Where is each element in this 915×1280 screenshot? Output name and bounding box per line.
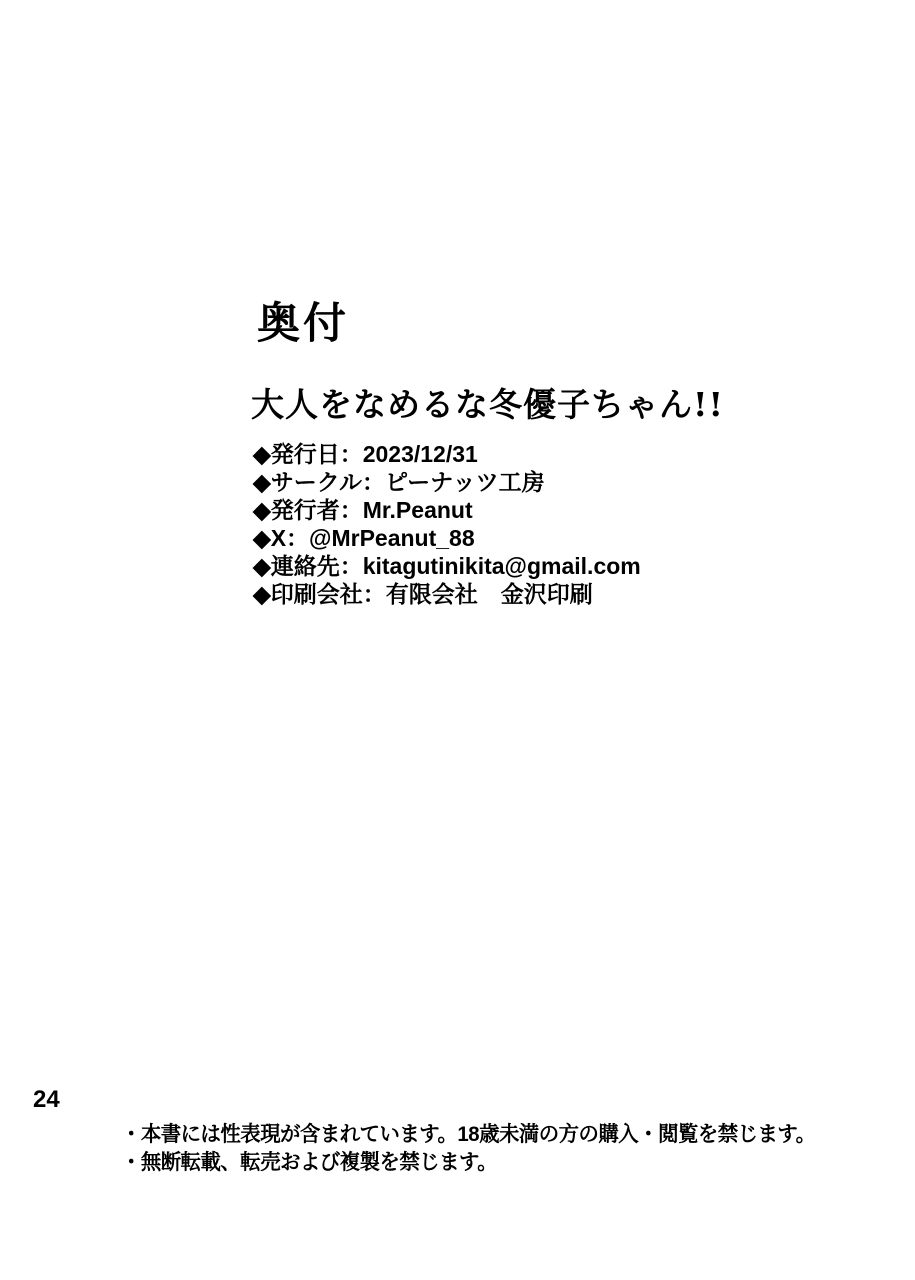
colophon-entry-publisher: ◆発行者：Mr.Peanut <box>253 496 641 524</box>
diamond-bullet-icon: ◆ <box>253 552 271 580</box>
diamond-bullet-icon: ◆ <box>253 580 271 608</box>
colophon-page: 奥付 大人をなめるな冬優子ちゃん!! ◆発行日：2023/12/31 ◆サークル… <box>0 0 915 1280</box>
colophon-heading: 奥付 <box>257 303 349 346</box>
colophon-entry-list: ◆発行日：2023/12/31 ◆サークル：ピーナッツ工房 ◆発行者：Mr.Pe… <box>253 440 641 608</box>
colophon-entry-x-account: ◆X：@MrPeanut_88 <box>253 524 641 552</box>
notice-adult-content: ・本書には性表現が含まれています。18歳未満の方の購入・閲覧を禁じます。 <box>121 1121 816 1149</box>
colophon-entry-text: 連絡先：kitagutinikita@gmail.com <box>271 553 641 579</box>
diamond-bullet-icon: ◆ <box>253 440 271 468</box>
diamond-bullet-icon: ◆ <box>253 468 271 496</box>
colophon-entry-printing-company: ◆印刷会社：有限会社 金沢印刷 <box>253 580 641 608</box>
book-title: 大人をなめるな冬優子ちゃん!! <box>251 387 724 423</box>
colophon-entry-text: X：@MrPeanut_88 <box>271 525 475 551</box>
footer-notices: ・本書には性表現が含まれています。18歳未満の方の購入・閲覧を禁じます。 ・無断… <box>121 1121 816 1176</box>
colophon-entry-text: サークル：ピーナッツ工房 <box>271 469 545 495</box>
colophon-entry-text: 印刷会社：有限会社 金沢印刷 <box>271 581 593 607</box>
colophon-entry-contact-email: ◆連絡先：kitagutinikita@gmail.com <box>253 552 641 580</box>
notice-no-reproduction: ・無断転載、転売および複製を禁じます。 <box>121 1149 816 1177</box>
colophon-entry-text: 発行日：2023/12/31 <box>271 441 478 467</box>
diamond-bullet-icon: ◆ <box>253 524 271 552</box>
colophon-entry-publication-date: ◆発行日：2023/12/31 <box>253 440 641 468</box>
colophon-entry-circle: ◆サークル：ピーナッツ工房 <box>253 468 641 496</box>
page-number: 24 <box>33 1088 60 1112</box>
colophon-entry-text: 発行者：Mr.Peanut <box>271 497 473 523</box>
diamond-bullet-icon: ◆ <box>253 496 271 524</box>
